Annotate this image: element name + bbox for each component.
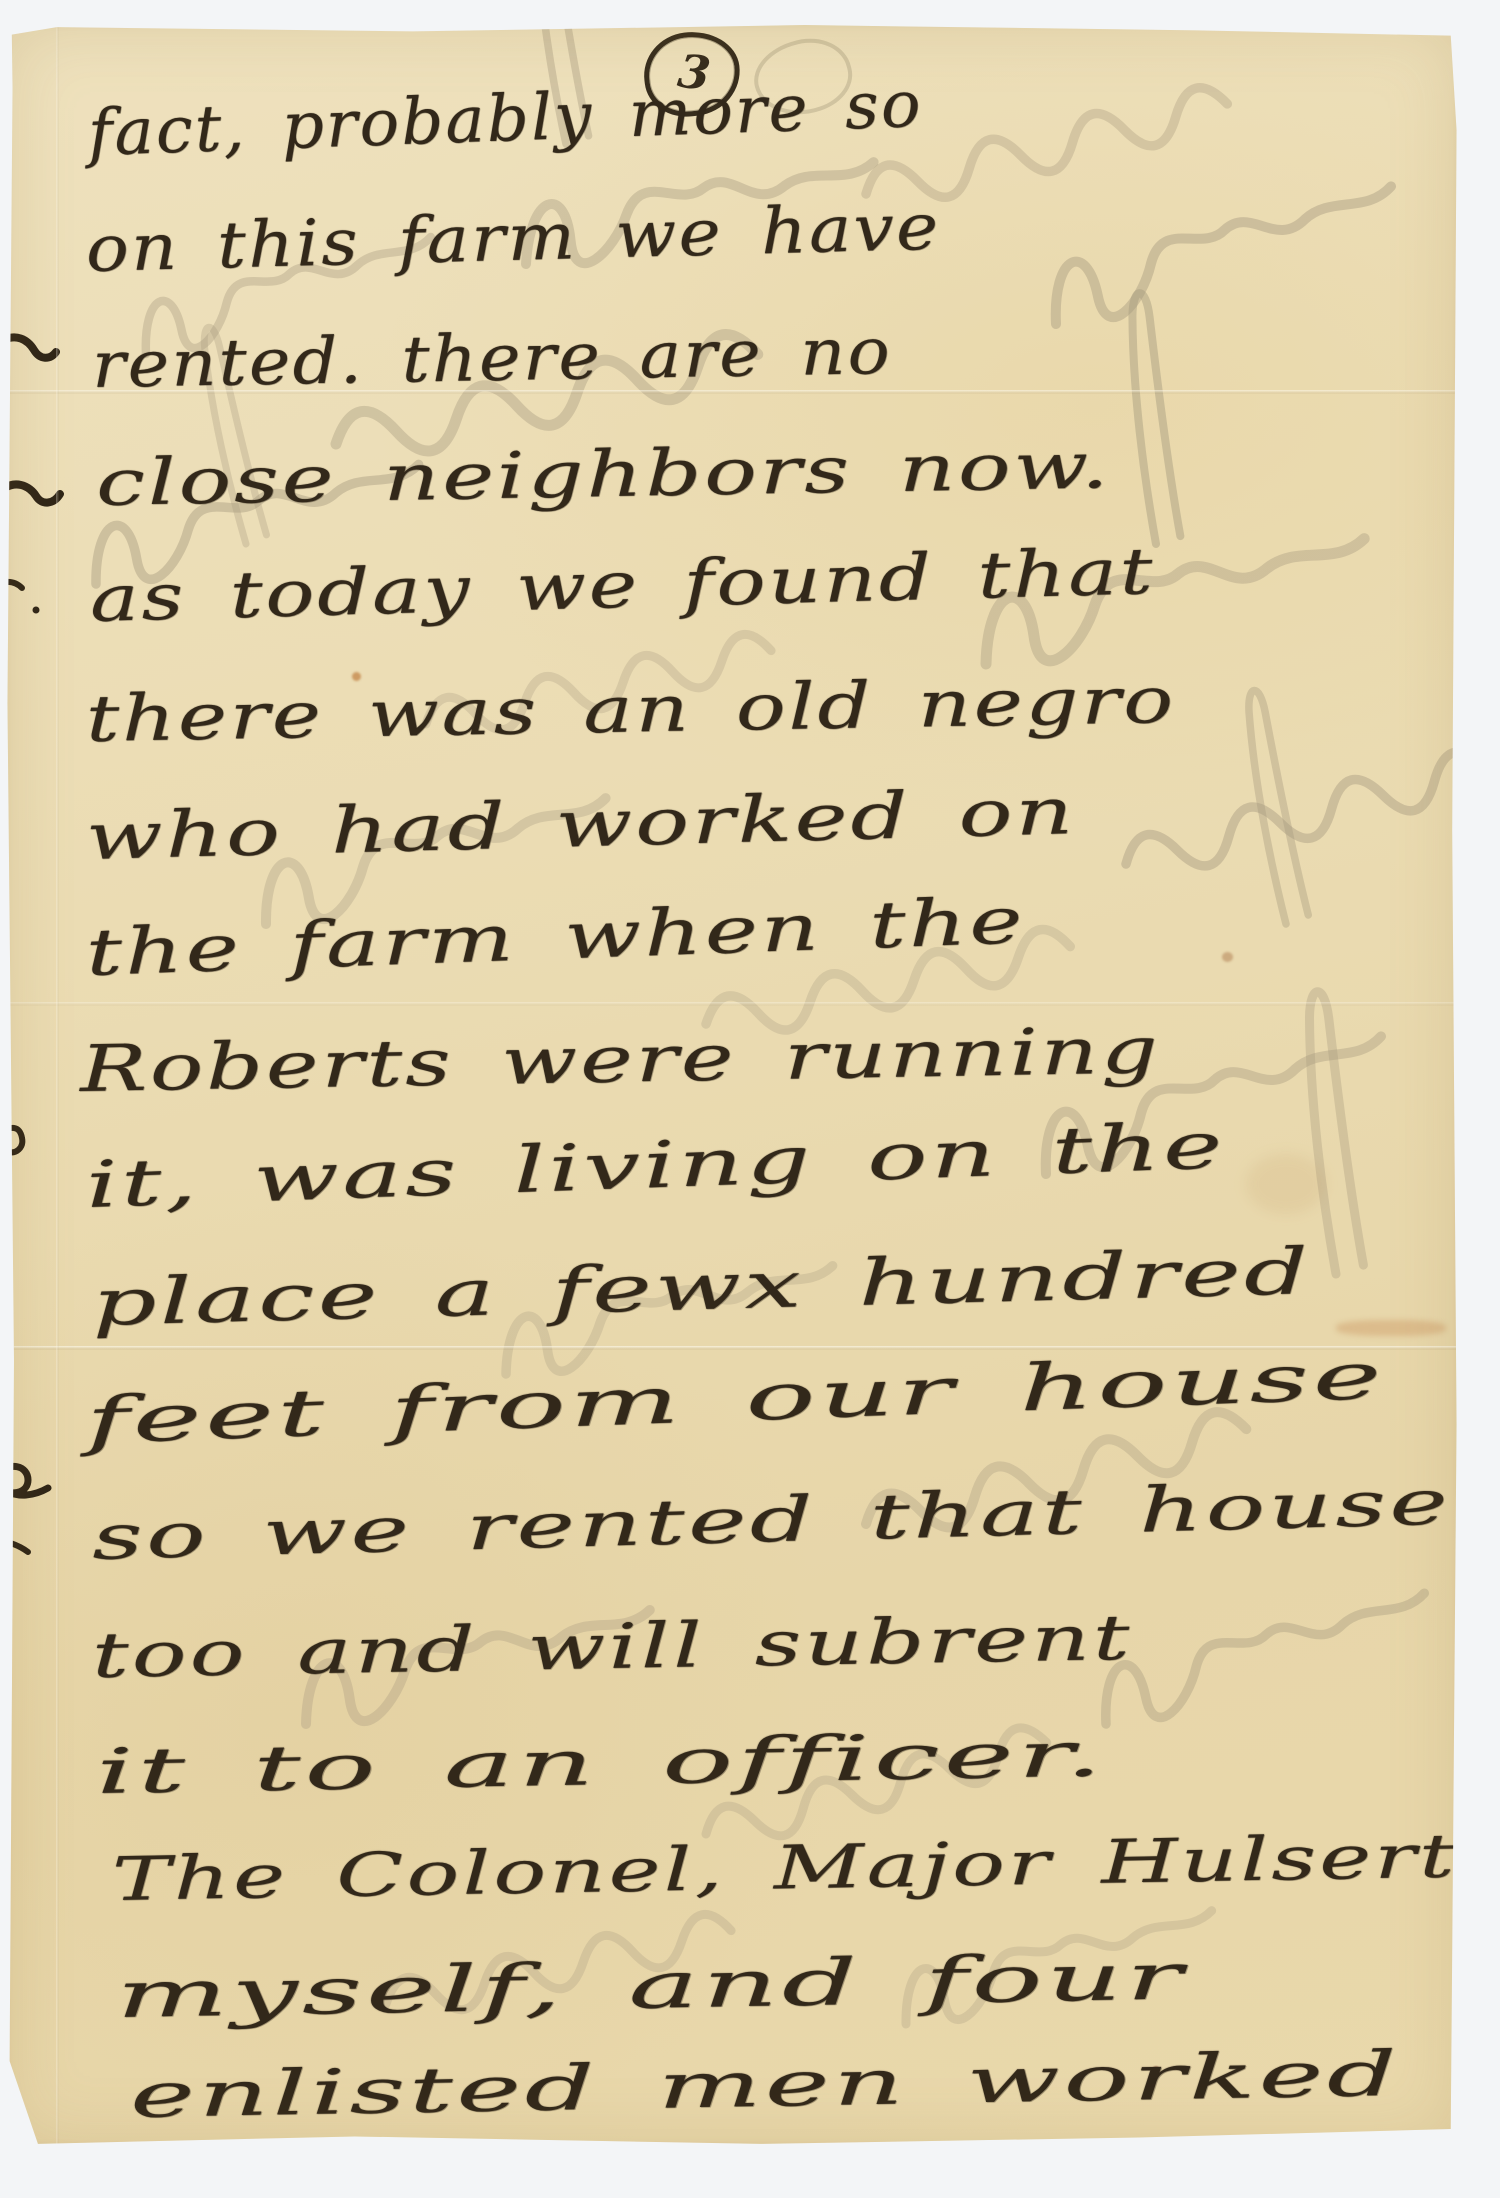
letter-body: fact, probably more soon this farm we ha… <box>6 24 1458 2146</box>
handwritten-line: place a fewx hundred <box>91 1236 1312 1342</box>
scanned-letter-page: { "document": { "kind": "handwritten let… <box>0 0 1500 2198</box>
handwritten-line: as today we found that <box>89 536 1156 637</box>
handwritten-line: Roberts were running <box>79 1015 1161 1107</box>
handwritten-line: the farm when the <box>85 885 1027 991</box>
handwritten-line: enlisted men worked <box>129 2038 1401 2131</box>
handwritten-line: feet from our house <box>85 1341 1387 1460</box>
handwritten-line: so we rented that house <box>91 1466 1452 1573</box>
handwritten-line: it to an officer. <box>95 1718 1106 1807</box>
handwritten-line: close neighbors now. <box>95 430 1111 521</box>
handwritten-line: rented. there are no <box>91 316 892 404</box>
handwritten-line: on this farm we have <box>85 192 941 288</box>
handwritten-line: too and will subrent <box>91 1602 1133 1691</box>
handwritten-line: there was an old negro <box>85 665 1176 758</box>
handwritten-line: fact, probably more so <box>87 69 924 172</box>
handwritten-line: myself, and four <box>115 1941 1186 2033</box>
letter-paper: 3 fact, probably more soon this farm we … <box>6 24 1458 2146</box>
handwritten-line: The Colonel, Major Hulsert <box>111 1823 1457 1915</box>
handwritten-line: it, was living on the <box>85 1110 1227 1223</box>
handwritten-line: who had worked on <box>85 776 1077 875</box>
